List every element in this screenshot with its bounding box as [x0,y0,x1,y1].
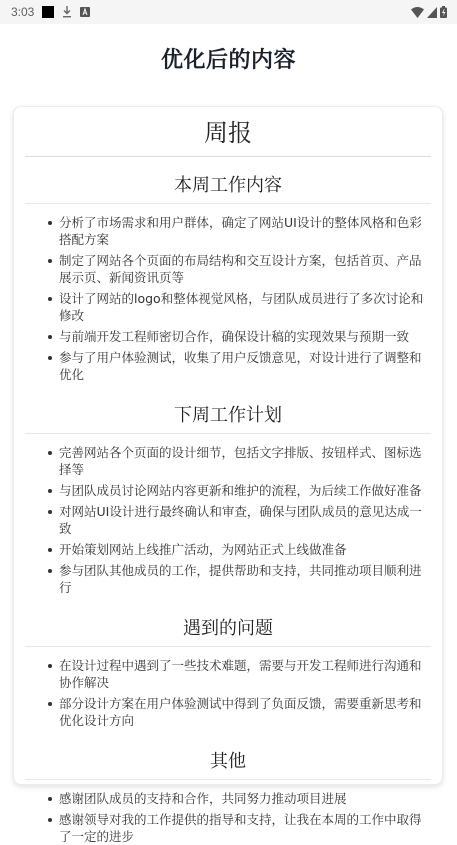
list-item: 开始策划网站上线推广活动，为网站正式上线做准备 [49,541,431,558]
status-bar-right [411,6,447,18]
list-item: 对网站UI设计进行最终确认和审查，确保与团队成员的意见达成一致 [49,503,431,537]
status-bar: 3:03 [0,0,457,24]
section-heading: 下周工作计划 [25,387,431,433]
report-title: 周报 [25,107,431,156]
item-list: 完善网站各个页面的设计细节，包括文字排版、按钮样式、图标选择等 与团队成员讨论网… [25,434,431,596]
status-time: 3:03 [11,5,34,19]
item-list: 分析了市场需求和用户群体，确定了网站UI设计的整体风格和色彩搭配方案 制定了网站… [25,204,431,383]
section-heading: 遇到的问题 [25,600,431,646]
list-item: 与前端开发工程师密切合作，确保设计稿的实现效果与预期一致 [49,328,431,345]
wifi-icon [411,7,424,18]
a-badge-icon [80,7,90,17]
list-item: 与团队成员讨论网站内容更新和维护的流程，为后续工作做好准备 [49,482,431,499]
signal-icon [427,7,437,18]
section-heading: 本周工作内容 [25,157,431,203]
list-item: 设计了网站的logo和整体视觉风格，与团队成员进行了多次讨论和修改 [49,290,431,324]
status-bar-left: 3:03 [11,5,90,19]
download-icon [62,6,72,18]
section-this-week: 本周工作内容 分析了市场需求和用户群体，确定了网站UI设计的整体风格和色彩搭配方… [25,157,431,383]
section-next-week: 下周工作计划 完善网站各个页面的设计细节，包括文字排版、按钮样式、图标选择等 与… [25,387,431,596]
page-title: 优化后的内容 [0,46,457,76]
list-item: 参与团队其他成员的工作，提供帮助和支持，共同推动项目顺利进行 [49,562,431,596]
battery-charging-icon [440,6,447,18]
list-item: 感谢团队成员的支持和合作，共同努力推动项目进展 [49,790,431,807]
section-problems: 遇到的问题 在设计过程中遇到了一些技术难题，需要与开发工程师进行沟通和协作解决 … [25,600,431,729]
list-item: 完善网站各个页面的设计细节，包括文字排版、按钮样式、图标选择等 [49,444,431,478]
list-item: 参与了用户体验测试，收集了用户反馈意见，对设计进行了调整和优化 [49,349,431,383]
list-item: 分析了市场需求和用户群体，确定了网站UI设计的整体风格和色彩搭配方案 [49,214,431,248]
list-item: 在设计过程中遇到了一些技术难题，需要与开发工程师进行沟通和协作解决 [49,657,431,691]
item-list: 感谢团队成员的支持和合作，共同努力推动项目进展 感谢领导对我的工作提供的指导和支… [25,780,431,812]
black-square-icon [42,6,54,18]
weekly-report-card: 周报 本周工作内容 分析了市场需求和用户群体，确定了网站UI设计的整体风格和色彩… [13,106,443,785]
item-list: 在设计过程中遇到了一些技术难题，需要与开发工程师进行沟通和协作解决 部分设计方案… [25,647,431,729]
list-item: 制定了网站各个页面的布局结构和交互设计方案，包括首页、产品展示页、新闻资讯页等 [49,252,431,286]
list-item: 部分设计方案在用户体验测试中得到了负面反馈，需要重新思考和优化设计方向 [49,695,431,729]
section-other: 其他 感谢团队成员的支持和合作，共同努力推动项目进展 感谢领导对我的工作提供的指… [25,733,431,812]
section-heading: 其他 [25,733,431,779]
